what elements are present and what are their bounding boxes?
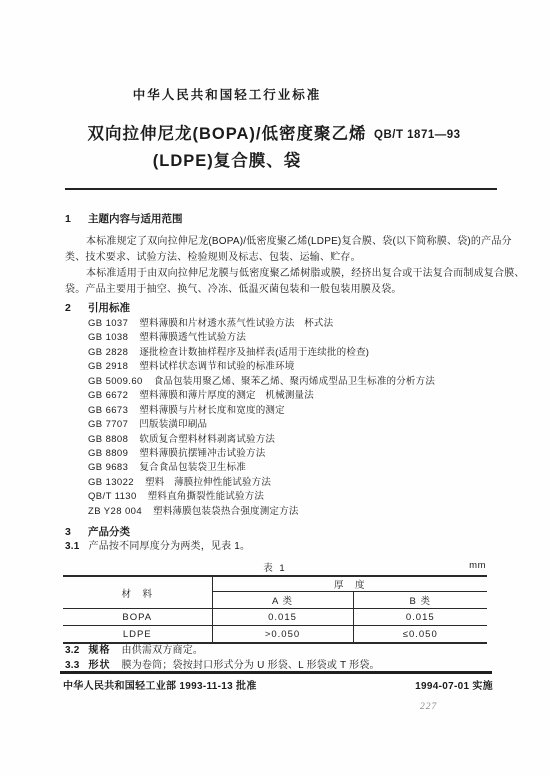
list-item: GB 6672塑料薄膜和薄片厚度的测定 机械测量法 [88,389,498,403]
ref-title: 塑料薄膜包装袋热合强度测定方法 [153,506,299,517]
ref-code: GB 7707 [88,418,128,432]
standard-document-page: 中华人民共和国轻工行业标准 双向拉伸尼龙(BOPA)/低密度聚乙烯 (LDPE)… [0,0,550,775]
list-item: GB 2828逐批检查计数抽样程序及抽样表(适用于连续批的检查) [88,346,498,360]
paragraph-2-line-1: 本标准适用于由双向拉伸尼龙膜与低密度聚乙烯树脂或膜，经挤出复合或干法复合而制成复… [65,267,518,280]
ref-code: GB 1038 [88,331,128,345]
ref-code: GB 2828 [88,346,128,360]
ref-code: GB 6673 [88,404,128,418]
ref-title: 塑料直角撕裂性能试验方法 [148,491,264,502]
section-2-title: 引用标准 [88,302,130,314]
ref-title: 塑料薄膜与片材长度和宽度的测定 [139,405,285,416]
table-header-row-1: 材 料 厚 度 [63,576,487,592]
section-1-heading: 1主题内容与适用范围 [65,211,183,226]
column-header-class-a: A 类 [212,592,353,609]
clause-3-2-number: 3.2 [65,645,80,656]
clause-3-2-term: 规格 [89,645,111,656]
cell-class-a-value: >0.050 [212,626,353,644]
ref-code: GB 6672 [88,389,128,403]
list-item: GB 8808软质复合塑料材料剥离试验方法 [88,433,498,447]
section-2-number: 2 [65,302,75,314]
paragraph-1-line-2: 类、技术要求、试验方法、检验规则及标志、包装、运输、贮存。 [65,251,497,264]
list-item: GB 9683复合食品包装袋卫生标准 [88,461,498,475]
ref-title: 塑料薄膜透气性试验方法 [139,332,246,343]
list-item: GB 6673塑料薄膜与片材长度和宽度的测定 [88,404,498,418]
page-number: 227 [420,702,437,712]
section-3-heading: 3产品分类 [65,524,130,539]
ref-title: 塑料薄膜抗摆锤冲击试验方法 [139,448,265,459]
list-item: GB 1038塑料薄膜透气性试验方法 [88,331,498,345]
list-item: GB 7707凹版装潢印刷品 [88,418,498,432]
ref-code: ZB Y28 004 [88,505,142,519]
thickness-classification-table: 材 料 厚 度 A 类 B 类 BOPA 0.015 0.015 LDPE >0… [63,575,487,644]
clause-3-3-text: 膜为卷筒；袋按封口形式分为 U 形袋、L 形袋或 T 形袋。 [122,660,380,671]
ref-title: 凹版装潢印刷品 [139,419,207,430]
implementation-date: 1994-07-01 实施 [415,677,493,692]
table-unit-label: mm [469,560,486,571]
ref-code: GB 8809 [88,447,128,461]
cell-material: LDPE [63,626,212,644]
ref-code: GB 9683 [88,461,128,475]
list-item: GB 5009.60食品包装用聚乙烯、聚苯乙烯、聚丙烯成型品卫生标准的分析方法 [88,375,498,389]
cell-class-b-value: ≤0.050 [353,626,487,644]
ref-code: GB 2918 [88,360,128,374]
referenced-standards-list: GB 1037塑料薄膜和片材透水蒸气性试验方法 杯式法 GB 1038塑料薄膜透… [88,317,498,519]
ref-title: 塑料试样状态调节和试验的标准环境 [139,361,294,372]
ref-code: GB 8808 [88,433,128,447]
paragraph-1-line-1: 本标准规定了双向拉伸尼龙(BOPA)/低密度聚乙烯(LDPE)复合膜、袋(以下简… [65,235,518,248]
ref-title: 塑料 薄膜拉伸性能试验方法 [145,477,271,488]
column-header-material: 材 料 [63,576,212,609]
cell-class-a-value: 0.015 [212,609,353,626]
section-2-heading: 2引用标准 [65,300,130,315]
footer: 中华人民共和国轻工业部 1993-11-13 批准 1994-07-01 实施 [63,677,493,692]
standard-number: QB/T 1871—93 [374,129,504,141]
clause-3-2: 3.2规格由供需双方商定。 [65,644,497,657]
approval-statement: 中华人民共和国轻工业部 1993-11-13 批准 [63,677,257,692]
title-line-2: (LDPE)复合膜、袋 [65,148,389,175]
org-header: 中华人民共和国轻工行业标准 [65,85,389,103]
cell-material: BOPA [63,609,212,626]
title-divider-rule [65,188,497,190]
ref-code: GB 1037 [88,317,128,331]
ref-title: 食品包装用聚乙烯、聚苯乙烯、聚丙烯成型品卫生标准的分析方法 [154,376,435,387]
clause-3-1-number: 3.1 [65,541,80,552]
cell-class-b-value: 0.015 [353,609,487,626]
ref-title: 塑料薄膜和薄片厚度的测定 机械测量法 [139,390,314,401]
section-1-number: 1 [65,213,75,225]
ref-title: 塑料薄膜和片材透水蒸气性试验方法 杯式法 [139,318,333,329]
section-3-number: 3 [65,526,75,538]
ref-title: 软质复合塑料材料剥离试验方法 [139,434,275,445]
paragraph-2-line-2: 袋。产品主要用于抽空、换气、冷冻、低温灭菌包装和一般包装用膜及袋。 [65,283,497,296]
ref-code: QB/T 1130 [88,490,137,504]
title-line-1: 双向拉伸尼龙(BOPA)/低密度聚乙烯 [65,121,389,148]
table-caption: 表 1 [63,560,487,574]
list-item: ZB Y28 004塑料薄膜包装袋热合强度测定方法 [88,505,498,519]
list-item: QB/T 1130塑料直角撕裂性能试验方法 [88,490,498,504]
ref-title: 复合食品包装袋卫生标准 [139,462,246,473]
table-row: BOPA 0.015 0.015 [63,609,487,626]
table-caption-row: 表 1 mm [63,560,487,573]
ref-code: GB 5009.60 [88,375,143,389]
list-item: GB 1037塑料薄膜和片材透水蒸气性试验方法 杯式法 [88,317,498,331]
list-item: GB 8809塑料薄膜抗摆锤冲击试验方法 [88,447,498,461]
list-item: GB 13022塑料 薄膜拉伸性能试验方法 [88,476,498,490]
ref-code: GB 13022 [88,476,134,490]
list-item: GB 2918塑料试样状态调节和试验的标准环境 [88,360,498,374]
clause-3-3-number: 3.3 [65,660,80,671]
section-3-title: 产品分类 [88,526,130,538]
footer-divider-rule [60,671,492,674]
column-header-thickness: 厚 度 [212,576,487,592]
clause-3-1: 3.1产品按不同厚度分为两类，见表 1。 [65,540,497,553]
column-header-class-b: B 类 [353,592,487,609]
table-row: LDPE >0.050 ≤0.050 [63,626,487,644]
document-title: 双向拉伸尼龙(BOPA)/低密度聚乙烯 (LDPE)复合膜、袋 [65,121,389,175]
clause-3-1-text: 产品按不同厚度分为两类，见表 1。 [89,541,251,552]
section-1-title: 主题内容与适用范围 [88,213,183,225]
clause-3-2-text: 由供需双方商定。 [122,645,204,656]
ref-title: 逐批检查计数抽样程序及抽样表(适用于连续批的检查) [139,347,369,358]
clause-3-3-term: 形状 [89,660,111,671]
